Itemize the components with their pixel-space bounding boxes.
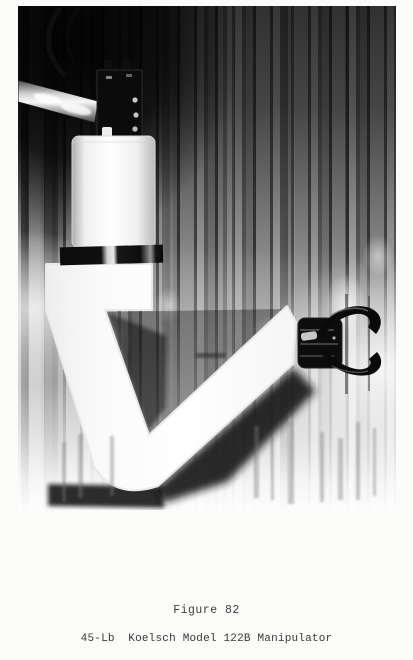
document-page: Figure 82 45-Lb Koelsch Model 122B Manip… [0,0,413,660]
photo-grain [18,6,396,510]
figure-photo [18,6,396,510]
figure-caption-title: 45-Lb Koelsch Model 122B Manipulator [0,633,413,645]
figure-caption-label: Figure 82 [0,604,413,617]
